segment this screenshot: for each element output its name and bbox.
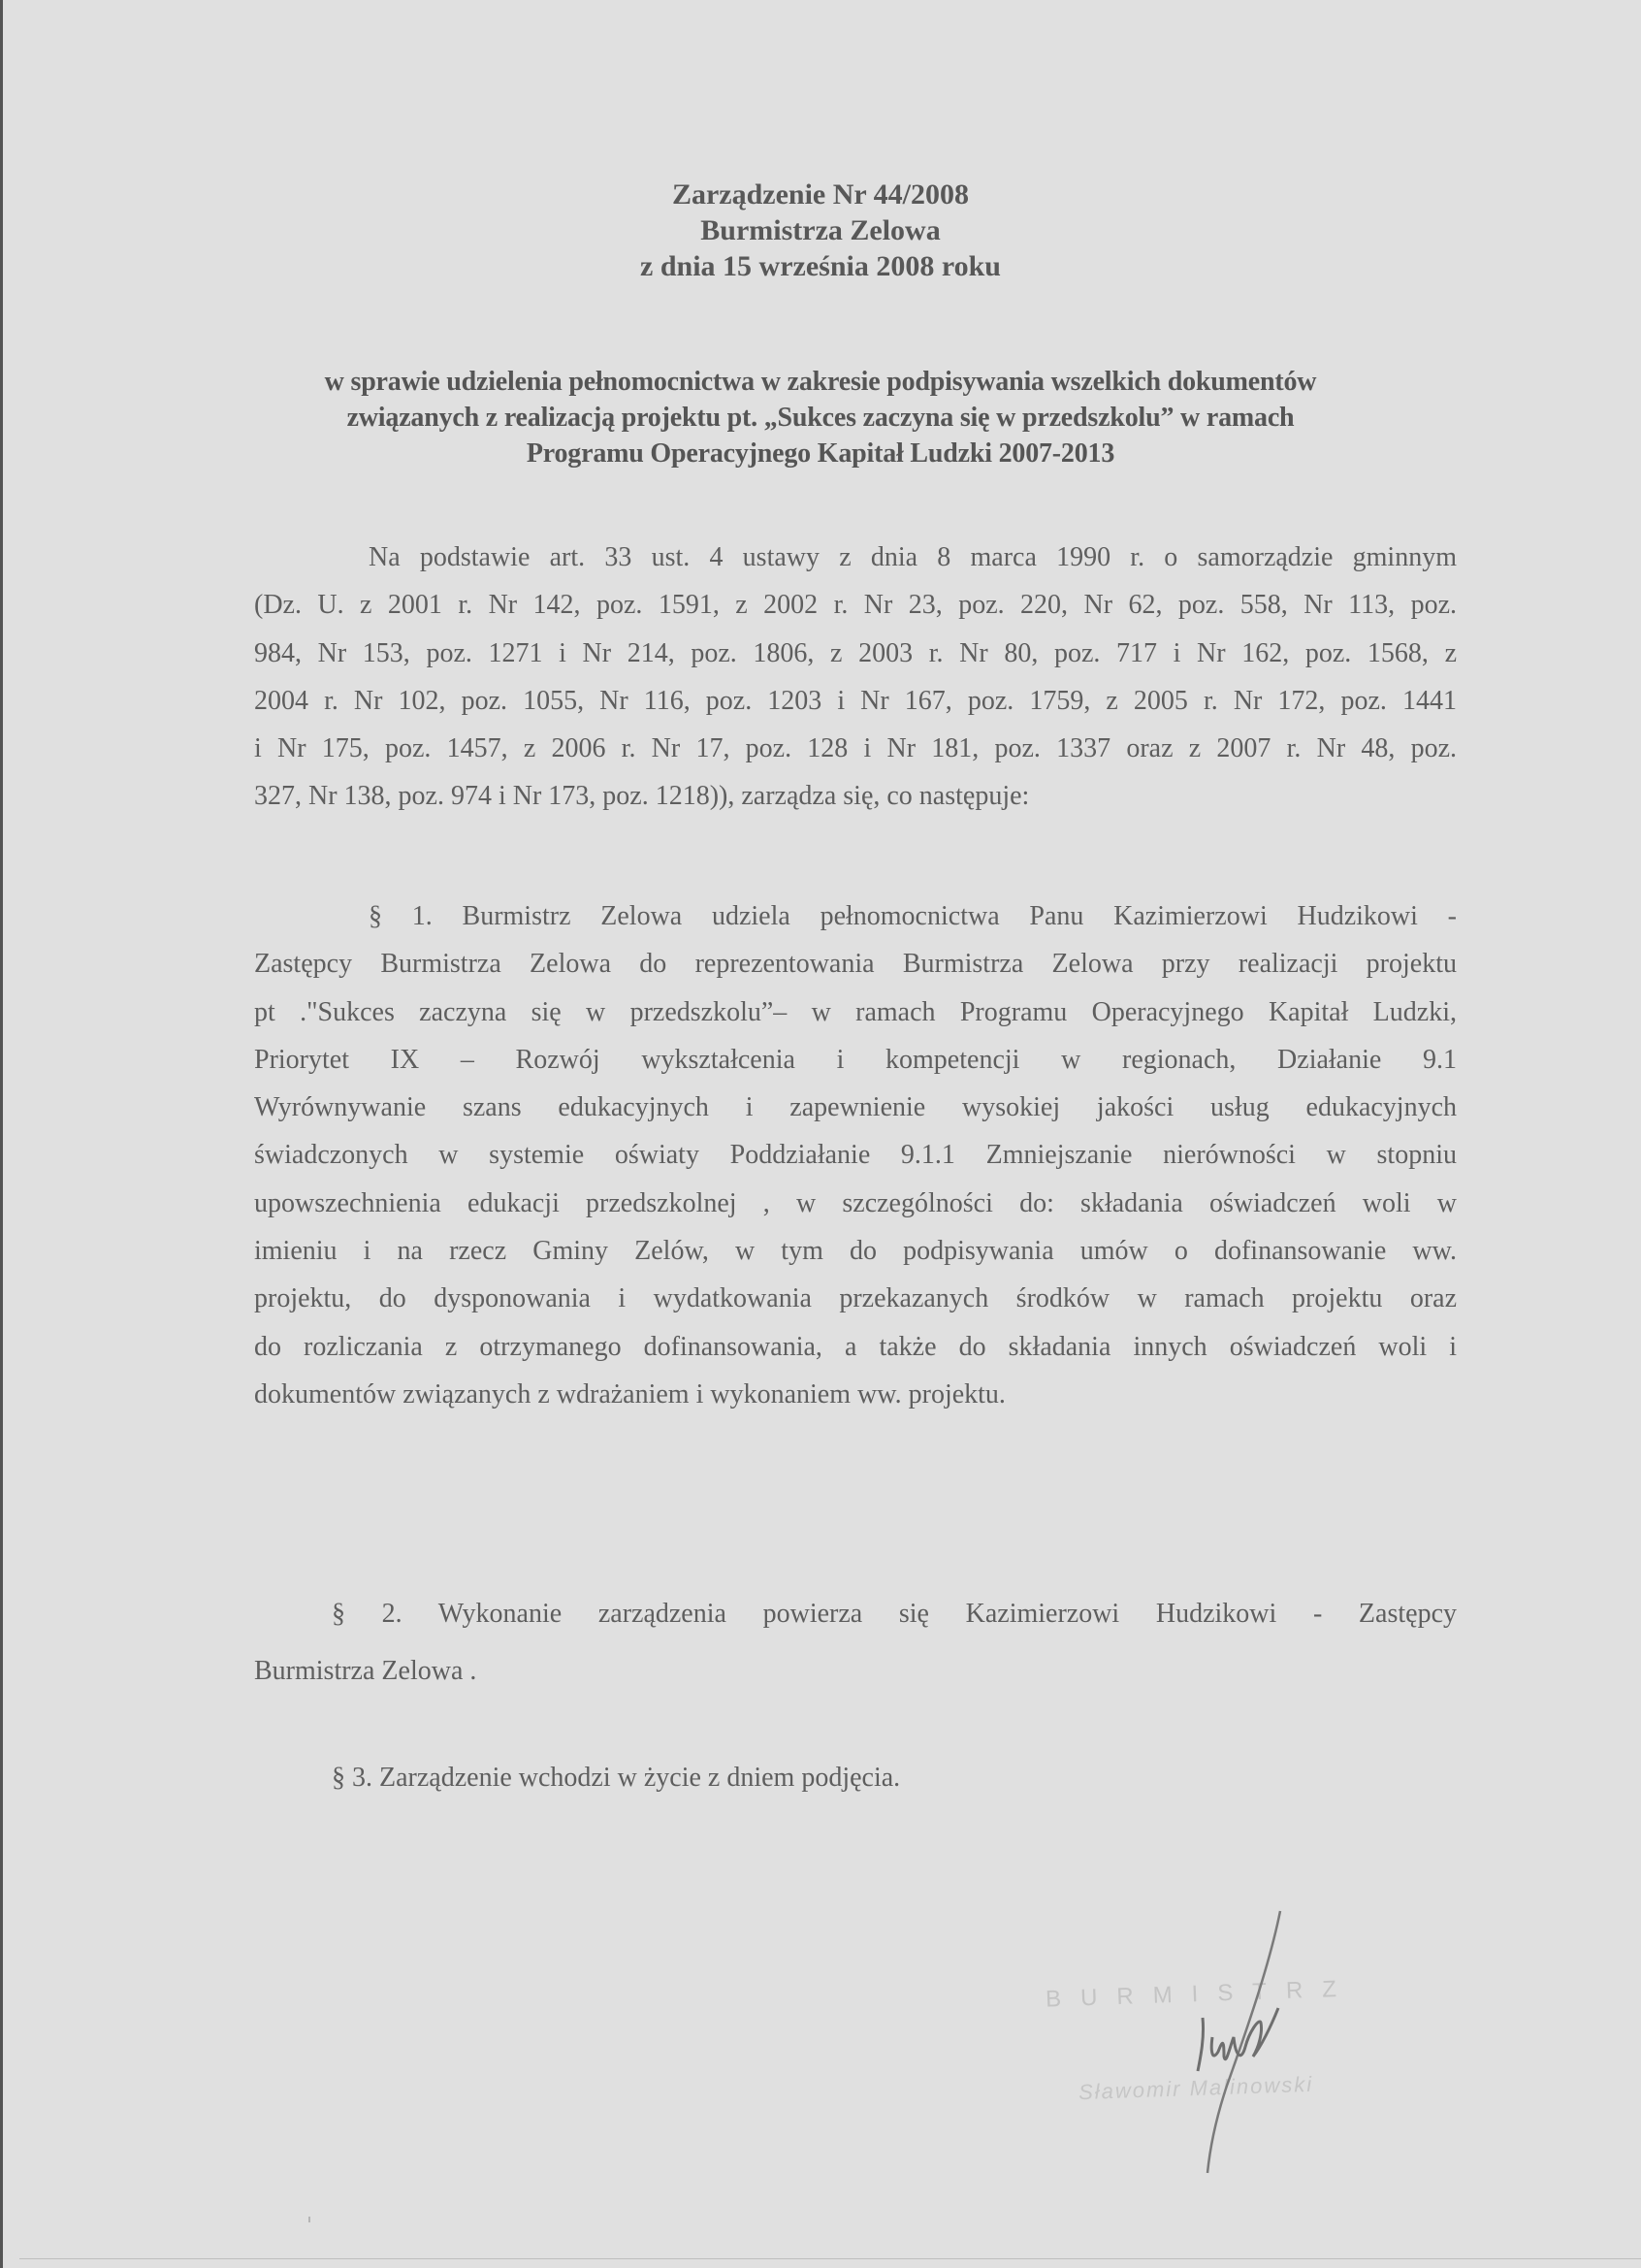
legal-basis-line: Na podstawie art. 33 ust. 4 ustawy z dni… (254, 534, 1457, 581)
section-1-line: Wyrównywanie szans edukacyjnych i zapewn… (254, 1084, 1457, 1131)
section-1-line: do rozliczania z otrzymanego dofinansowa… (254, 1323, 1457, 1371)
section-1-line: imieniu i na rzecz Gminy Zelów, w tym do… (254, 1227, 1457, 1275)
legal-basis-line: (Dz. U. z 2001 r. Nr 142, poz. 1591, z 2… (254, 581, 1457, 629)
document-title: Zarządzenie Nr 44/2008 (0, 177, 1641, 212)
section-3-paragraph: § 3. Zarządzenie wchodzi w życie z dniem… (332, 1754, 1205, 1801)
section-1-line: Priorytet IX – Rozwój wykształcenia i ko… (254, 1036, 1457, 1084)
document-header: Zarządzenie Nr 44/2008 Burmistrza Zelowa… (0, 177, 1641, 284)
section-1-line: świadczonych w systemie oświaty Poddział… (254, 1131, 1457, 1179)
subject-line: związanych z realizacją projektu pt. „Su… (0, 400, 1641, 436)
legal-basis-line: 2004 r. Nr 102, poz. 1055, Nr 116, poz. … (254, 677, 1457, 725)
scan-speck (308, 2217, 310, 2222)
legal-basis-line: 984, Nr 153, poz. 1271 i Nr 214, poz. 18… (254, 630, 1457, 677)
section-1-line: § 1. Burmistrz Zelowa udziela pełnomocni… (254, 892, 1457, 940)
subject-line: w sprawie udzielenia pełnomocnictwa w za… (0, 364, 1641, 400)
section-2-line: Burmistrza Zelowa . (254, 1642, 1457, 1700)
section-1-line: upowszechnienia edukacji przedszkolnej ,… (254, 1180, 1457, 1227)
section-1-line: projektu, do dysponowania i wydatkowania… (254, 1275, 1457, 1322)
document-subject: w sprawie udzielenia pełnomocnictwa w za… (0, 364, 1641, 471)
legal-basis-line: 327, Nr 138, poz. 974 i Nr 173, poz. 121… (254, 772, 1457, 820)
section-1-line: pt ."Sukces zaczyna się w przedszkolu”– … (254, 988, 1457, 1036)
document-issuer: Burmistrza Zelowa (0, 212, 1641, 248)
handwritten-signature-icon (1135, 1901, 1329, 2192)
section-1-line: dokumentów związanych z wdrażaniem i wyk… (254, 1371, 1457, 1418)
section-1-paragraph: § 1. Burmistrz Zelowa udziela pełnomocni… (254, 892, 1457, 1418)
scan-left-edge (0, 0, 3, 2268)
document-date: z dnia 15 września 2008 roku (0, 248, 1641, 284)
signature-stamp: BURMISTRZ Sławomir Malinowski (1038, 1940, 1426, 2163)
section-1-line: Zastępcy Burmistrza Zelowa do reprezento… (254, 940, 1457, 988)
section-2-line: § 2. Wykonanie zarządzenia powierza się … (254, 1585, 1457, 1642)
subject-line: Programu Operacyjnego Kapitał Ludzki 200… (0, 436, 1641, 471)
legal-basis-paragraph: Na podstawie art. 33 ust. 4 ustawy z dni… (254, 534, 1457, 821)
section-2-paragraph: § 2. Wykonanie zarządzenia powierza się … (254, 1585, 1457, 1700)
scan-bottom-line (19, 2258, 1641, 2259)
legal-basis-line: i Nr 175, poz. 1457, z 2006 r. Nr 17, po… (254, 725, 1457, 772)
